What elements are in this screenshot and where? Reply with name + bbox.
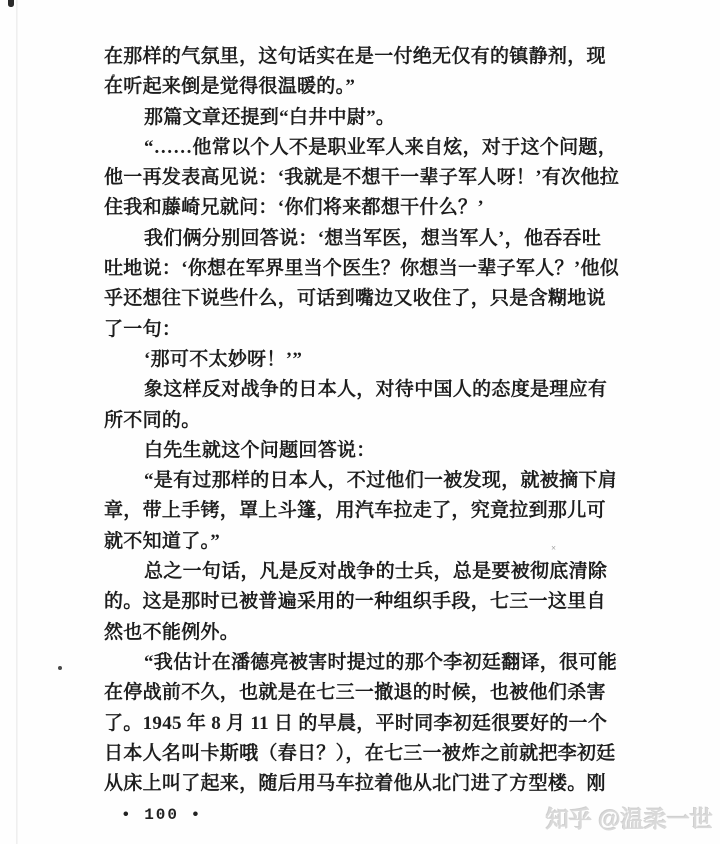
text-line: “……他常以个人不是职业军人来自炫，对于这个问题， (104, 133, 664, 163)
scan-speck (8, 0, 14, 7)
text-line: “是有过那样的日本人，不过他们一被发现，就被摘下肩 (104, 466, 664, 496)
text-line: 住我和藤崎兄就问：‘你们将来都想干什么？’ (104, 193, 664, 223)
text-line: 的。这是那时已被普遍采用的一种组织手段，七三一这里自 (104, 587, 664, 617)
text-line: 然也不能例外。 (104, 618, 664, 648)
text-line: 象这样反对战争的日本人，对待中国人的态度是理应有 (104, 375, 664, 405)
text-line: “我估计在潘德亮被害时提过的那个李初廷翻译，很可能 (104, 648, 664, 678)
text-lines: 在那样的气氛里，这句话实在是一付绝无仅有的镇静剂，现在听起来倒是觉得很温暖的。”… (104, 42, 664, 799)
text-line: 在那样的气氛里，这句话实在是一付绝无仅有的镇静剂，现 (104, 42, 664, 72)
text-line: 日本人名叫卡斯哦（春日？），在七三一被炸之前就把李初廷 (104, 739, 664, 769)
text-line: 了一句： (104, 315, 664, 345)
text-line: 白先生就这个问题回答说： (104, 436, 664, 466)
text-line: 章，带上手铐，罩上斗篷，用汽车拉走了，究竟拉到那儿可 (104, 496, 664, 526)
text-line: 我们俩分别回答说：‘想当军医，想当军人’，他吞吞吐 (104, 224, 664, 254)
scan-speck (58, 666, 62, 670)
text-line: 乎还想往下说些什么，可话到嘴边又收住了，只是含糊地说 (104, 284, 664, 314)
text-line: 他一再发表高见说：‘我就是不想干一辈子军人呀！’有次他拉 (104, 163, 664, 193)
text-line: 就不知道了。” (104, 527, 664, 557)
text-line: 在停战前不久，也就是在七三一撤退的时候，也被他们杀害 (104, 678, 664, 708)
text-line: 所不同的。 (104, 406, 664, 436)
text-line: 那篇文章还提到“白井中尉”。 (104, 103, 664, 133)
scan-speck (112, 74, 115, 77)
text-line: 了。1945 年 8 月 11 日 的早晨，平时同李初廷很要好的一个 (104, 709, 664, 739)
scan-speck: × (551, 545, 557, 551)
page-edge-line (16, 0, 18, 844)
page-number: • 100 • (121, 806, 202, 824)
book-page: 在那样的气氛里，这句话实在是一付绝无仅有的镇静剂，现在听起来倒是觉得很温暖的。”… (0, 0, 720, 844)
text-line: ‘那可不太妙呀！’” (104, 345, 664, 375)
text-line: 在听起来倒是觉得很温暖的。” (104, 72, 664, 102)
text-line: 吐地说：‘你想在军界里当个医生？你想当一辈子军人？’他似 (104, 254, 664, 284)
watermark-zhihu: 知乎 @温柔一世 (546, 801, 720, 834)
scan-speck (149, 77, 151, 79)
text-line: 总之一句话，凡是反对战争的士兵，总是要被彻底清除 (104, 557, 664, 587)
text-line: 从床上叫了起来，随后用马车拉着他从北门进了方型楼。刚 (104, 769, 664, 799)
